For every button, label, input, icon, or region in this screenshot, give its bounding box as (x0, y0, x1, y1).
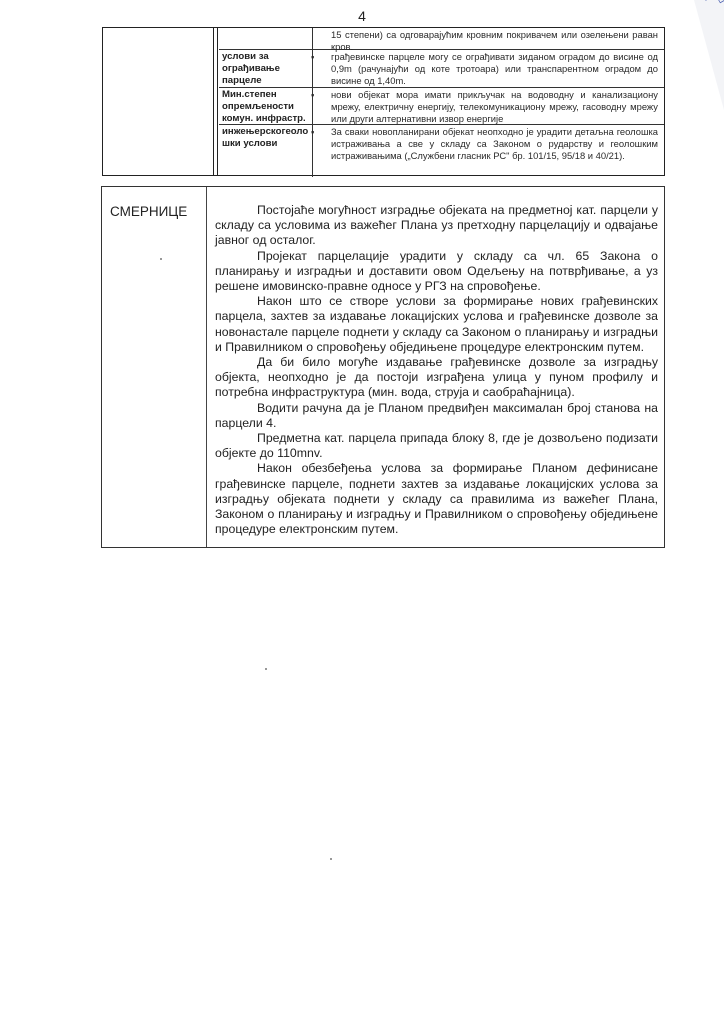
scan-speck (330, 858, 332, 860)
scan-speck (265, 668, 267, 670)
row-content: ▪За сваки новопланирани објекат неопходн… (313, 125, 664, 177)
guidelines-divider (206, 187, 207, 547)
guidelines-section: СМЕРНИЦЕ Постојаће могућност изградње об… (101, 186, 665, 548)
table-row: Мин.степен опремљености комун. инфрастр.… (219, 88, 664, 125)
row-content: ▪нови објекат мора имати прикључак на во… (313, 88, 664, 124)
table-row: услови за ограђивање парцеле ▪грађевинск… (219, 50, 664, 88)
stamp-line: РД (699, 0, 724, 88)
bullet-icon: ▪ (321, 126, 331, 138)
guideline-paragraph: Да би било могуће издавање грађевинске д… (215, 355, 658, 401)
table-left-column (103, 28, 214, 175)
guideline-paragraph: Постојаће могућност изградње објеката на… (215, 203, 658, 249)
table-column-divider (217, 28, 218, 175)
page-number: 4 (0, 8, 724, 24)
row-content: 15 степени) са одговарајућим кровним пок… (313, 28, 664, 49)
scan-speck (160, 258, 162, 260)
table-row: инжењерскогеоло шки услови ▪За сваки нов… (219, 125, 664, 177)
guidelines-body: Постојаће могућност изградње објеката на… (215, 203, 658, 537)
guidelines-heading: СМЕРНИЦЕ (110, 204, 187, 219)
guideline-paragraph: Након обезбеђења услова за формирање Пла… (215, 461, 658, 537)
row-label: Мин.степен опремљености комун. инфрастр. (219, 88, 313, 124)
conditions-table: 15 степени) са одговарајућим кровним пок… (102, 27, 665, 176)
row-content-text: нови објекат мора имати прикључак на вод… (331, 89, 658, 124)
bullet-icon: ▪ (321, 89, 331, 101)
row-content-text: За сваки новопланирани објекат неопходно… (331, 126, 658, 161)
row-content-text: грађевинске парцеле могу се ограђивати з… (331, 51, 658, 86)
guideline-paragraph: Пројекат парцелације урадити у складу са… (215, 249, 658, 295)
bullet-icon: ▪ (321, 51, 331, 63)
row-label (219, 28, 313, 49)
guideline-paragraph: Предметна кат. парцела припада блоку 8, … (215, 431, 658, 461)
table-rows: 15 степени) са одговарајућим кровним пок… (219, 28, 664, 175)
row-label: инжењерскогеоло шки услови (219, 125, 313, 177)
row-content: ▪грађевинске парцеле могу се ограђивати … (313, 50, 664, 87)
table-row: 15 степени) са одговарајућим кровним пок… (219, 28, 664, 50)
guideline-paragraph: Водити рачуна да је Планом предвиђен мак… (215, 401, 658, 431)
row-label: услови за ограђивање парцеле (219, 50, 313, 87)
guideline-paragraph: Након што се створе услови за формирање … (215, 294, 658, 355)
